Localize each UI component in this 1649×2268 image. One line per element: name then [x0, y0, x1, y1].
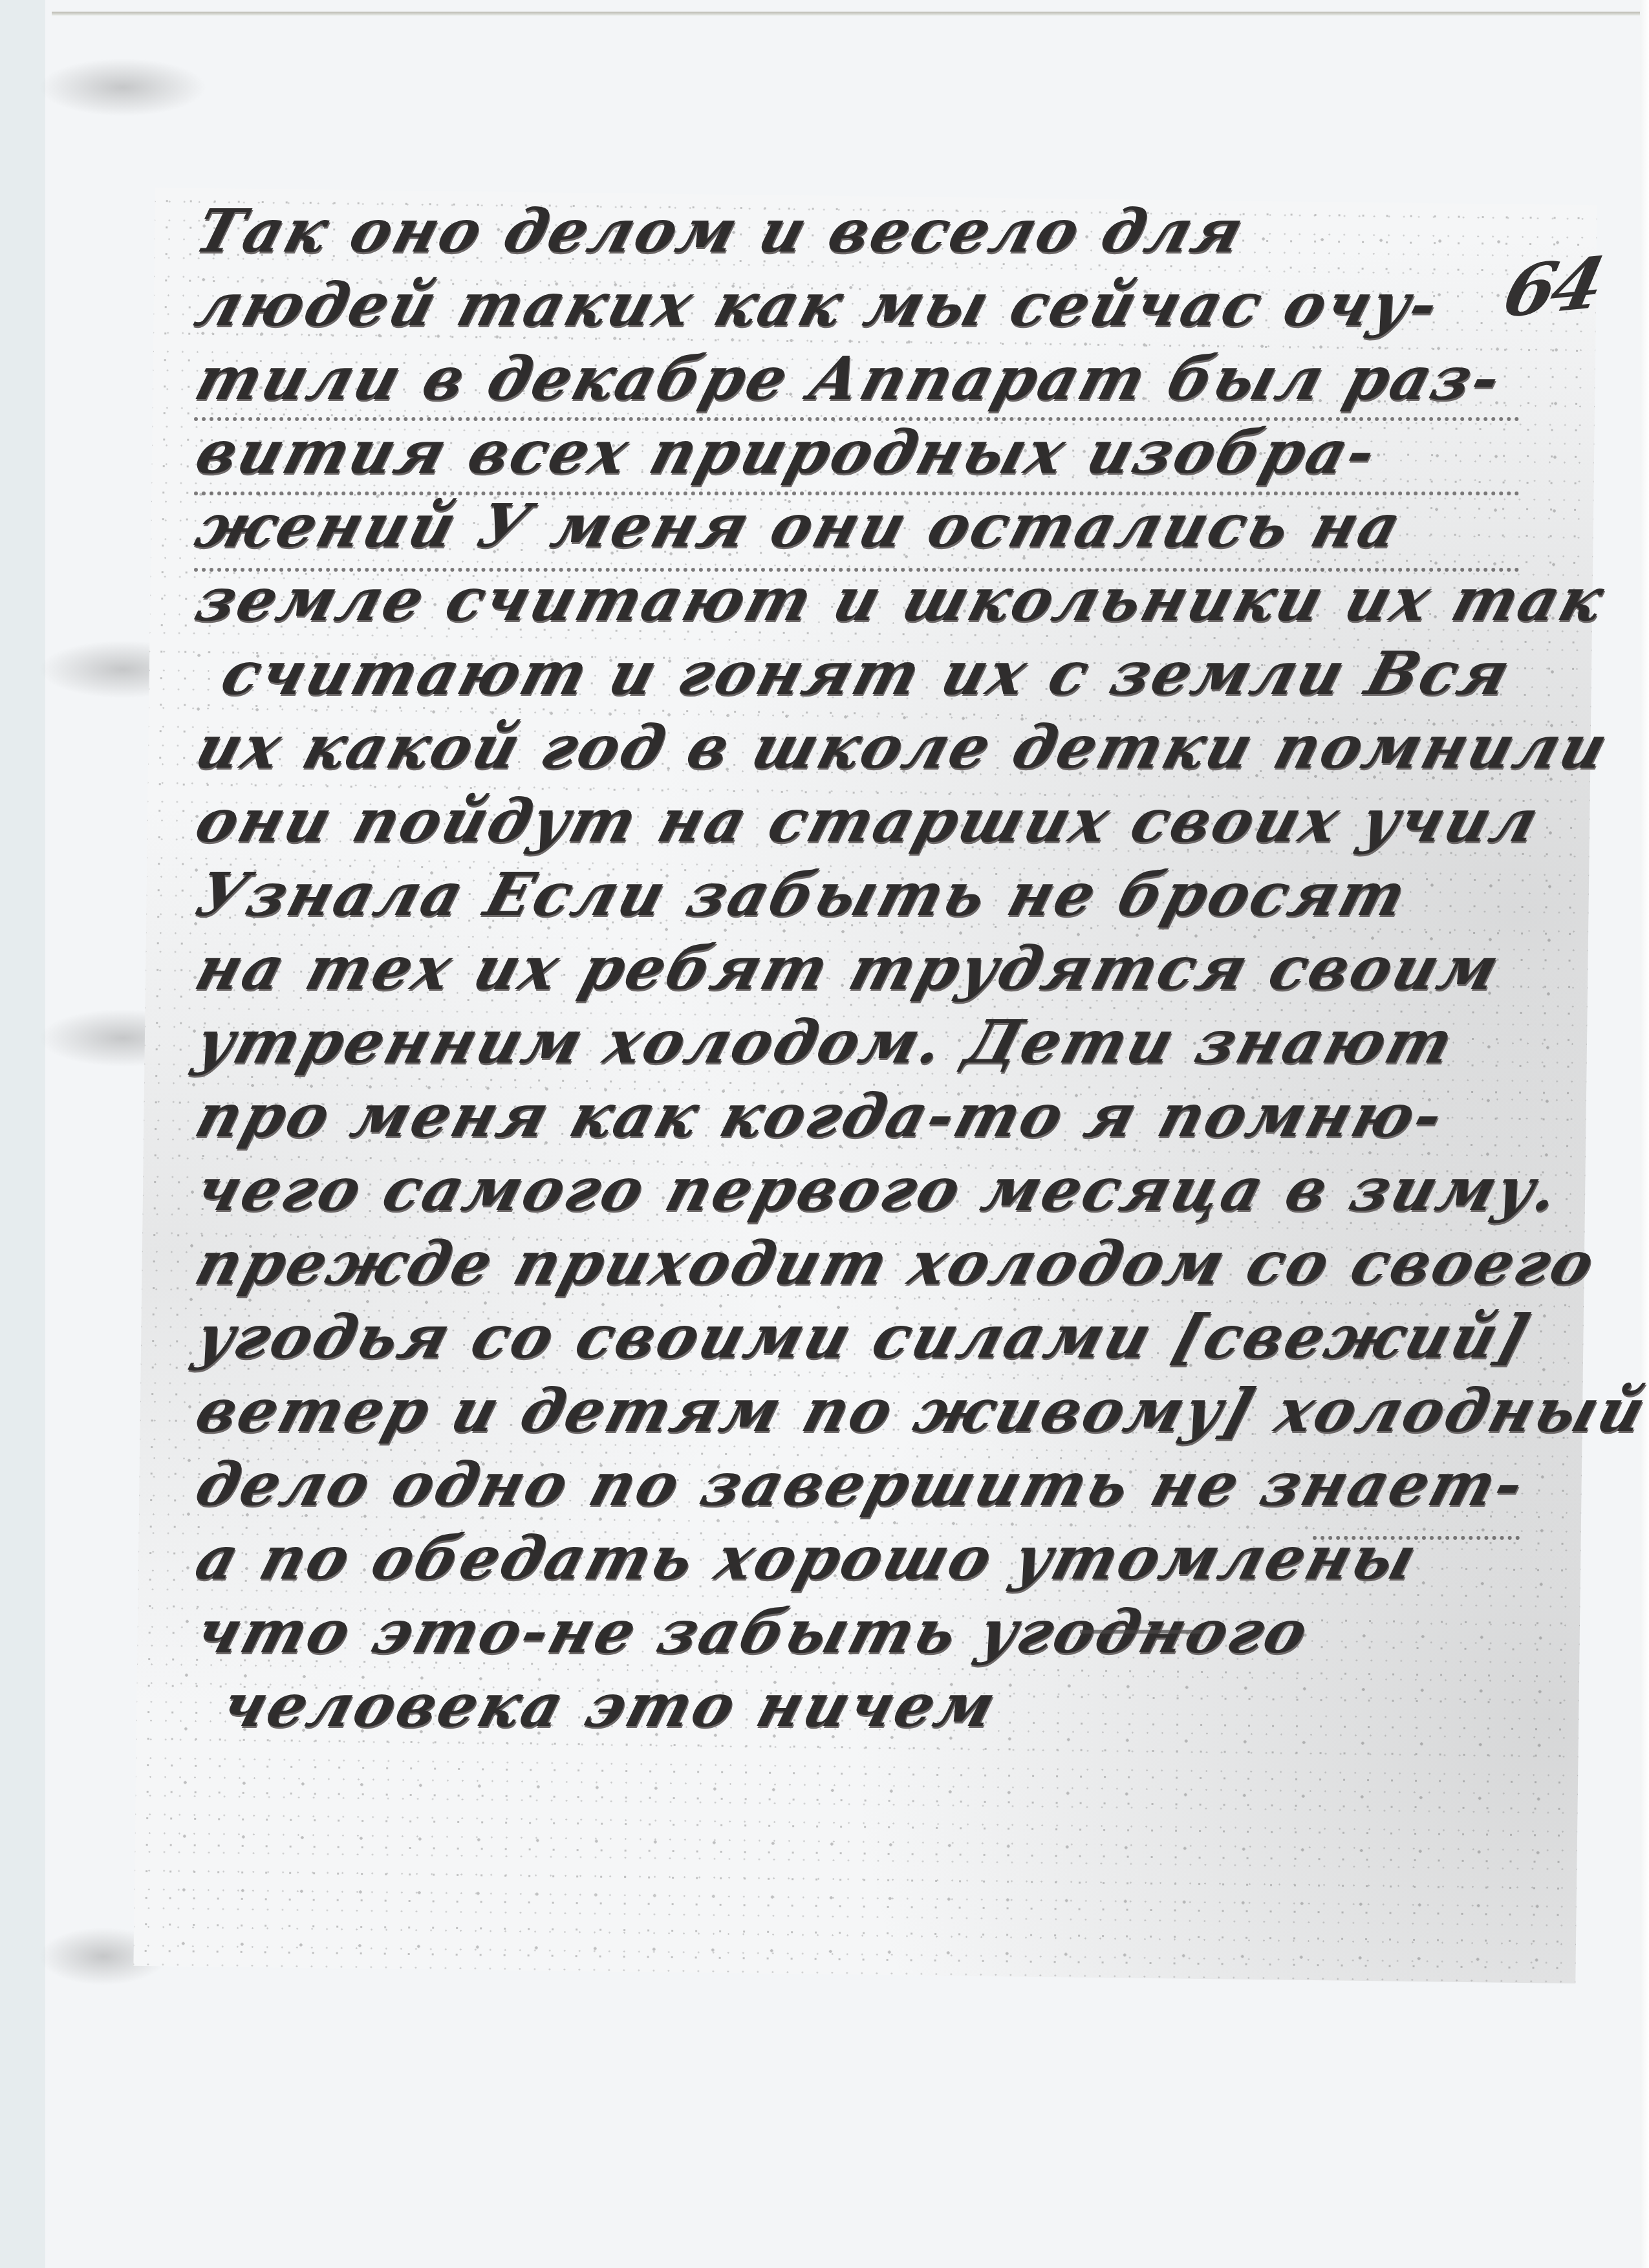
text-line-6: земле считают и школьники их так	[188, 563, 1599, 636]
text-line-11: на тех их ребят трудятся своим	[188, 931, 1599, 1005]
text-line-8: их какой год в школе детки помнили	[188, 710, 1599, 784]
text-line-3: тили в декабре Аппарат был раз-	[188, 341, 1599, 415]
text-line-10: Узнала Если забыть не бросят	[188, 858, 1599, 931]
text-line-17: ветер и детям по живому] холодный	[188, 1374, 1599, 1447]
text-line-1: Так оно делом и весело для	[188, 194, 1599, 268]
text-line-18: дело одно по завершить не знает-	[188, 1447, 1599, 1521]
underline-mark	[1313, 1536, 1520, 1540]
text-line-5: жений У меня они остались на	[188, 489, 1599, 563]
text-line-19: а по обедать хорошо утомлены	[188, 1521, 1599, 1595]
text-line-14: чего самого первого месяца в зиму.	[188, 1152, 1599, 1226]
text-line-2: людей таких как мы сейчас очу-	[188, 268, 1599, 341]
text-line-21: человека это ничем	[188, 1669, 1599, 1742]
text-line-9: они пойдут на старших своих учил	[188, 784, 1599, 858]
text-line-15: прежде приходит холодом со своего	[188, 1226, 1599, 1300]
text-line-13: про меня как когда-то я помню-	[188, 1079, 1599, 1152]
underline-mark	[1080, 1630, 1203, 1634]
text-line-4: вития всех природных изобра-	[188, 415, 1599, 489]
scanner-top-edge	[52, 12, 1649, 16]
text-line-12: утренним холодом. Дети знают	[188, 1005, 1599, 1079]
toner-smudge	[39, 58, 207, 116]
text-line-16: угодья со своими силами [свежий]	[188, 1300, 1599, 1374]
handwritten-text: Так оно делом и весело для людей таких к…	[188, 194, 1578, 1742]
text-line-7: считают и гонят их с земли Вся	[188, 636, 1599, 710]
text-line-20: что это-не забыть угодного	[188, 1595, 1599, 1669]
scanner-right-edge	[1640, 0, 1649, 2268]
scanned-page: 64 Так оно делом и весело для людей таки…	[0, 0, 1649, 2268]
dotted-ruling	[194, 491, 1520, 495]
dotted-ruling	[194, 417, 1520, 421]
dotted-ruling	[194, 568, 1520, 572]
